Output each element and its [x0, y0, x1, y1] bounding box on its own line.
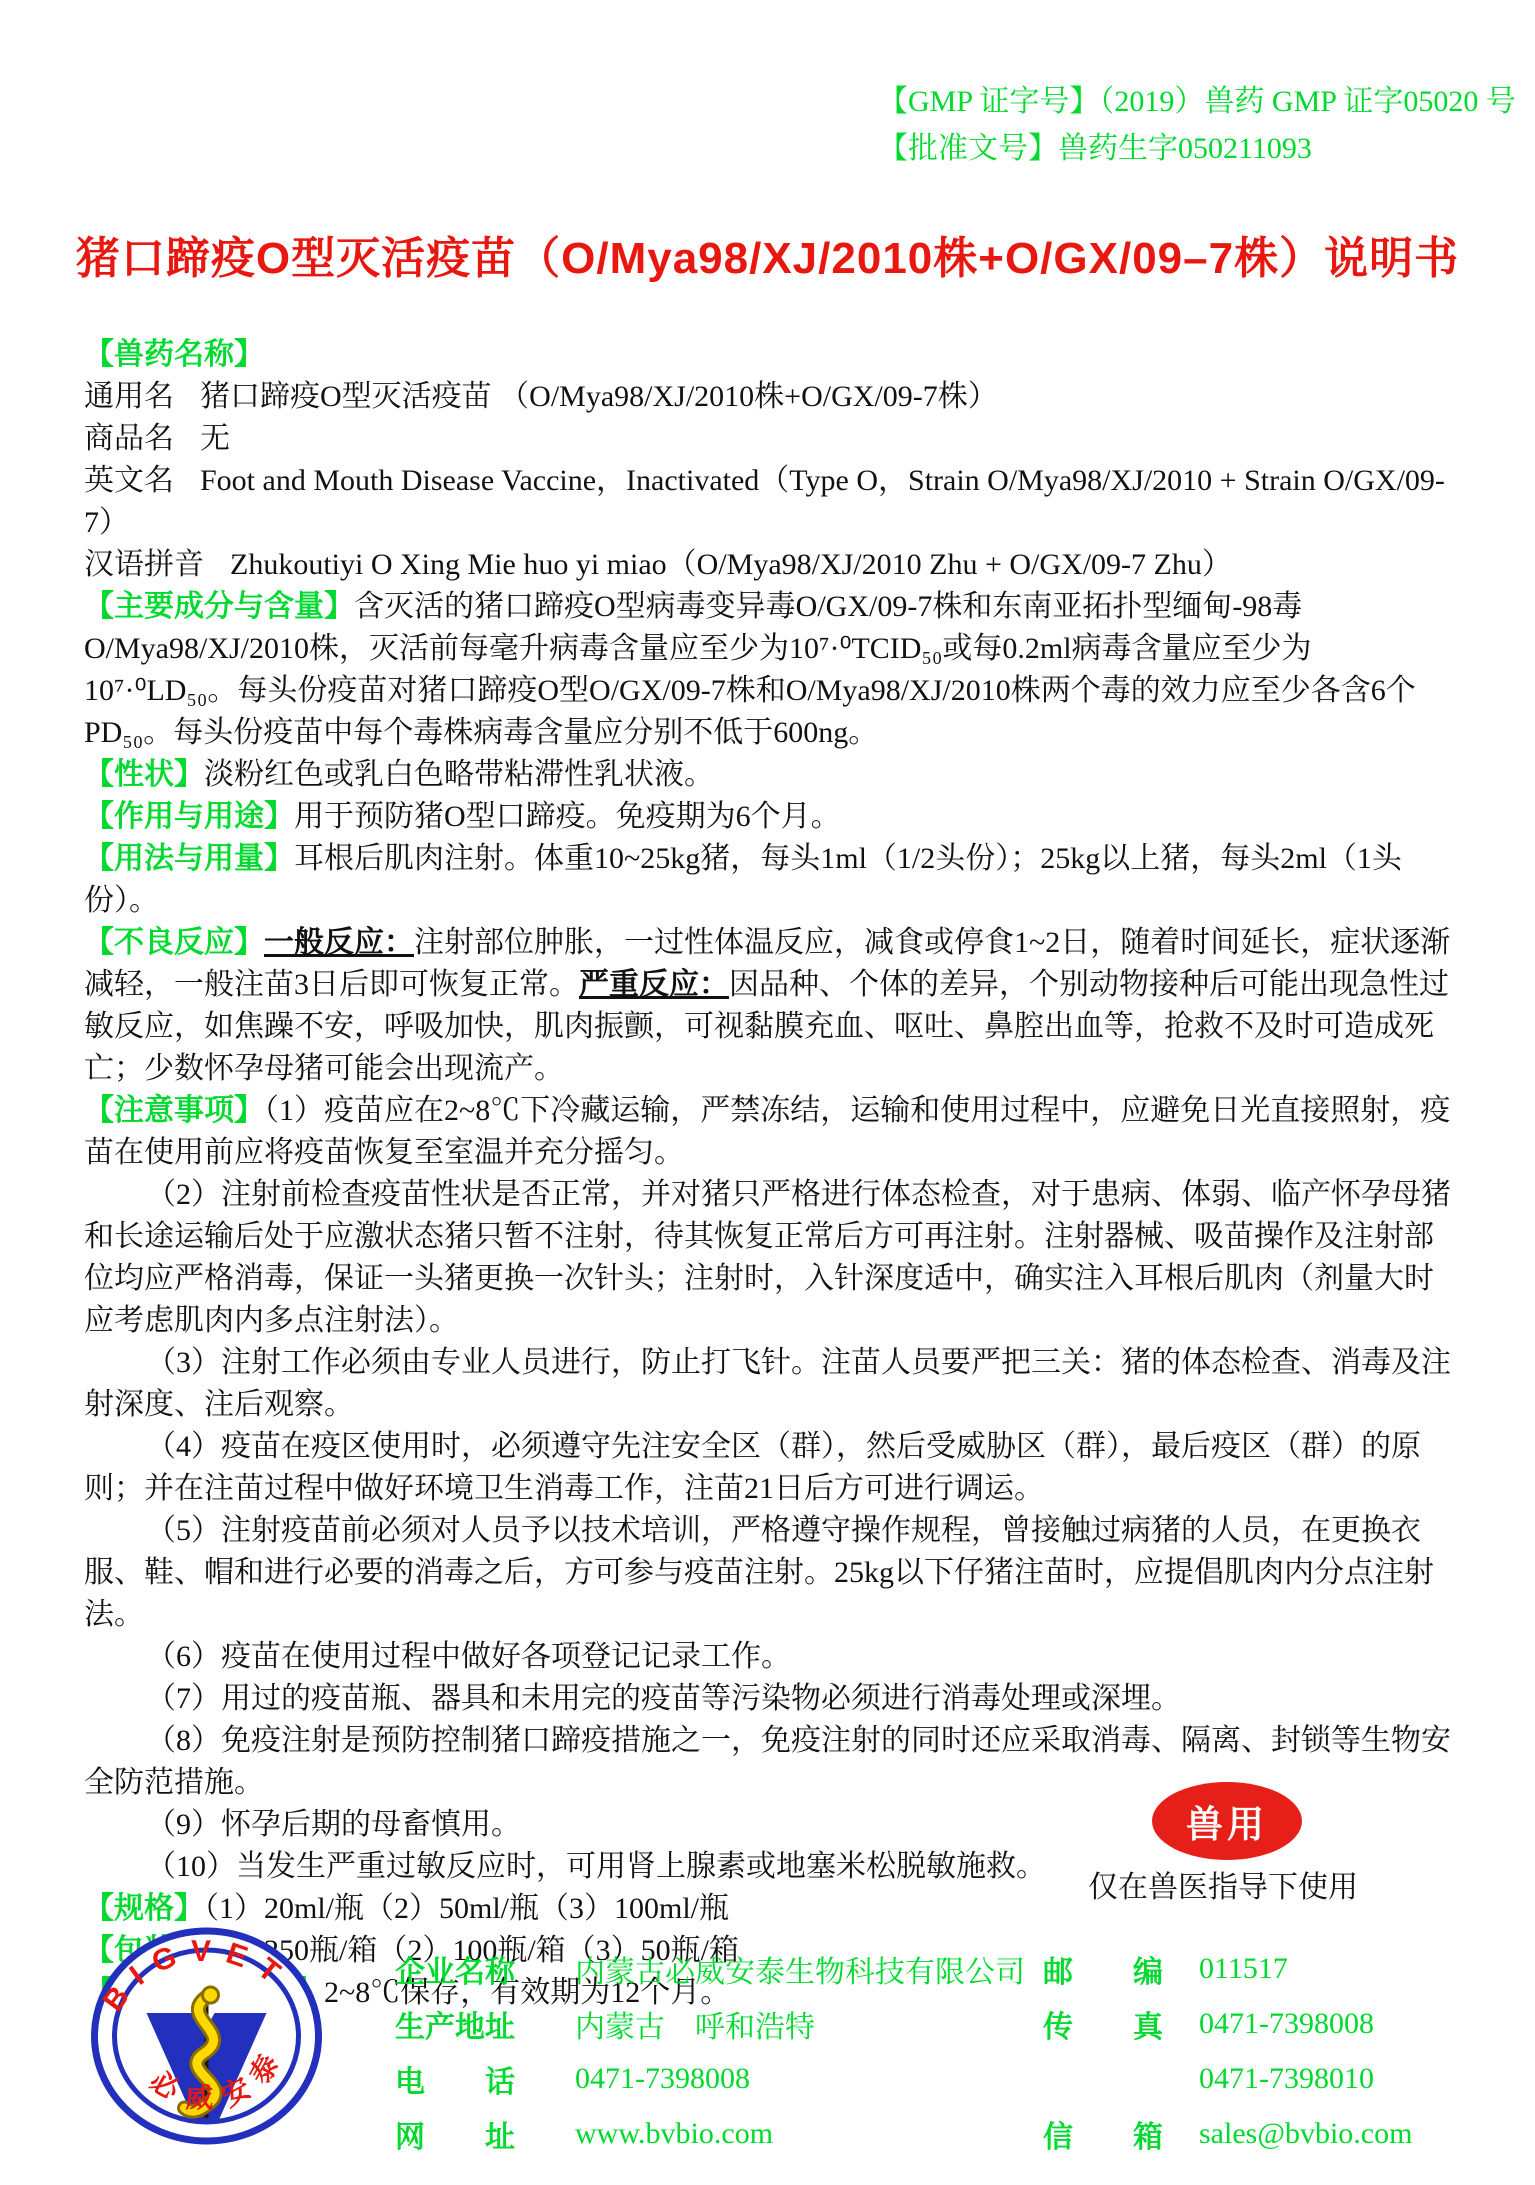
- row-value: Zhukoutiyi O Xing Mie huo yi miao（O/Mya9…: [230, 548, 1232, 581]
- field-label: 传 真: [1043, 2002, 1171, 2046]
- usage-paragraph: 【作用与用途】用于预防猪O型口蹄疫。免疫期为6个月。: [84, 796, 1456, 838]
- field-label: 生产地址: [395, 2002, 547, 2046]
- section-label-composition: 【主要成分与含量】: [84, 590, 354, 623]
- section-drug-name: 【兽药名称】: [84, 334, 1456, 376]
- character-text: 淡粉红色或乳白色略带粘滞性乳状液。: [204, 758, 714, 791]
- precaution-item-6: （6）疫苗在使用过程中做好各项登记记录工作。: [84, 1636, 1456, 1678]
- website-link[interactable]: www.bvbio.com: [575, 2117, 773, 2151]
- fax-row: 传 真0471-7398008: [1043, 1996, 1475, 2051]
- section-label-character: 【性状】: [84, 758, 204, 791]
- email-link[interactable]: sales@bvbio.com: [1199, 2117, 1412, 2151]
- precaution-item-4: （4）疫苗在疫区使用时，必须遵守先注安全区（群），然后受威胁区（群），最后疫区（…: [84, 1426, 1456, 1510]
- email-row: 信 箱sales@bvbio.com: [1043, 2106, 1475, 2161]
- row-value: 无: [200, 422, 230, 455]
- section-label-usage: 【作用与用途】: [84, 800, 294, 833]
- row-value: 猪口蹄疫O型灭活疫苗 （O/Mya98/XJ/2010株+O/GX/09-7株）: [200, 380, 998, 413]
- field-value: 0471-7398010: [1199, 2062, 1374, 2096]
- precaution-item-2: （2）注射前检查疫苗性状是否正常，并对猪只严格进行体态检查，对于患病、体弱、临产…: [84, 1174, 1456, 1342]
- company-info: 企业名称内蒙古必威安泰生物科技有限公司 生产地址内蒙古 呼和浩特 电 话0471…: [395, 1941, 1475, 2161]
- field-value: 内蒙古 呼和浩特: [575, 2002, 815, 2046]
- precaution-item-1: （1）疫苗应在2~8℃下冷藏运输，严禁冻结，运输和使用过程中，应避免日光直接照射…: [84, 1094, 1450, 1169]
- badge-text: 兽用: [1186, 1794, 1268, 1848]
- row-key: 商品名: [84, 422, 174, 455]
- section-label-spec: 【规格】: [84, 1892, 204, 1925]
- footer: BIGVET 必威安泰 企业名称内蒙古必威安泰生物科技有限公司 生产地址内蒙古 …: [84, 1925, 1475, 2161]
- pinyin-name-row: 汉语拼音Zhukoutiyi O Xing Mie huo yi miao（O/…: [84, 544, 1456, 586]
- company-info-right: 邮 编011517 传 真0471-7398008 0471-7398010 信…: [1043, 1941, 1475, 2161]
- page-title: 猪口蹄疫O型灭活疫苗（O/Mya98/XJ/2010株+O/GX/09–7株）说…: [0, 222, 1535, 286]
- row-key: 英文名: [84, 464, 174, 497]
- precaution-item-3: （3）注射工作必须由专业人员进行，防止打飞针。注苗人员要严把三关：猪的体态检查、…: [84, 1342, 1456, 1426]
- gmp-cert-line: 【GMP 证字号】（2019）兽药 GMP 证字05020 号: [878, 78, 1516, 125]
- spec-text: （1）20ml/瓶（2）50ml/瓶（3）100ml/瓶: [204, 1892, 729, 1925]
- row-value: Foot and Mouth Disease Vaccine，Inactivat…: [84, 464, 1445, 539]
- fax-row-2: 0471-7398010: [1043, 2051, 1475, 2106]
- postcode-row: 邮 编011517: [1043, 1941, 1475, 1996]
- company-name-row: 企业名称内蒙古必威安泰生物科技有限公司: [395, 1941, 1043, 1996]
- field-label: 信 箱: [1043, 2112, 1171, 2156]
- field-label: 网 址: [395, 2112, 547, 2156]
- usage-text: 用于预防猪O型口蹄疫。免疫期为6个月。: [294, 800, 841, 833]
- approval-number-line: 【批准文号】兽药生字050211093: [878, 125, 1516, 172]
- leaflet-page: 【GMP 证字号】（2019）兽药 GMP 证字05020 号 【批准文号】兽药…: [0, 0, 1535, 2185]
- veterinary-use-badge: 兽用: [1152, 1782, 1302, 1860]
- severe-reaction-heading: 严重反应：: [579, 968, 729, 1001]
- dosage-paragraph: 【用法与用量】耳根后肌肉注射。体重10~25kg猪，每头1ml（1/2头份）；2…: [84, 838, 1456, 922]
- website-row: 网 址www.bvbio.com: [395, 2106, 1043, 2161]
- precaution-item-7: （7）用过的疫苗瓶、器具和未用完的疫苗等污染物必须进行消毒处理或深埋。: [84, 1678, 1456, 1720]
- field-label: 邮 编: [1043, 1947, 1171, 1991]
- vet-guidance-note: 仅在兽医指导下使用: [1088, 1862, 1358, 1906]
- section-label-precautions: 【注意事项】: [84, 1094, 264, 1127]
- section-label-adverse: 【不良反应】: [84, 926, 264, 959]
- general-reaction-heading: 一般反应：: [264, 926, 414, 959]
- row-key: 汉语拼音: [84, 548, 204, 581]
- field-label: 电 话: [395, 2057, 547, 2101]
- composition-paragraph: 【主要成分与含量】含灭活的猪口蹄疫O型病毒变异毒O/GX/09-7株和东南亚拓扑…: [84, 586, 1456, 754]
- field-value: 011517: [1199, 1952, 1288, 1986]
- field-value: 0471-7398008: [575, 2062, 750, 2096]
- section-label-dosage: 【用法与用量】: [84, 842, 294, 875]
- adverse-reaction-paragraph: 【不良反应】一般反应：注射部位肿胀，一过性体温反应，减食或停食1~2日，随着时间…: [84, 922, 1456, 1090]
- company-info-left: 企业名称内蒙古必威安泰生物科技有限公司 生产地址内蒙古 呼和浩特 电 话0471…: [395, 1941, 1043, 2161]
- character-paragraph: 【性状】淡粉红色或乳白色略带粘滞性乳状液。: [84, 754, 1456, 796]
- row-key: 通用名: [84, 380, 174, 413]
- logo-snake-head: [203, 1987, 219, 2003]
- field-value: 0471-7398008: [1199, 2007, 1374, 2041]
- phone-row: 电 话0471-7398008: [395, 2051, 1043, 2106]
- field-label: 企业名称: [395, 1947, 547, 1991]
- bigvet-logo: BIGVET 必威安泰: [84, 1925, 329, 2147]
- field-value: 内蒙古必威安泰生物科技有限公司: [575, 1947, 1025, 1991]
- leaflet-body: 【兽药名称】 通用名猪口蹄疫O型灭活疫苗 （O/Mya98/XJ/2010株+O…: [84, 334, 1456, 2014]
- precaution-item-5: （5）注射疫苗前必须对人员予以技术培训，严格遵守操作规程，曾接触过病猪的人员，在…: [84, 1510, 1456, 1636]
- generic-name-row: 通用名猪口蹄疫O型灭活疫苗 （O/Mya98/XJ/2010株+O/GX/09-…: [84, 376, 1456, 418]
- precautions-paragraph-1: 【注意事项】（1）疫苗应在2~8℃下冷藏运输，严禁冻结，运输和使用过程中，应避免…: [84, 1090, 1456, 1174]
- english-name-row: 英文名Foot and Mouth Disease Vaccine，Inacti…: [84, 460, 1456, 544]
- trade-name-row: 商品名无: [84, 418, 1456, 460]
- certificate-block: 【GMP 证字号】（2019）兽药 GMP 证字05020 号 【批准文号】兽药…: [878, 78, 1516, 172]
- section-label-drug-name: 【兽药名称】: [84, 338, 264, 371]
- production-address-row: 生产地址内蒙古 呼和浩特: [395, 1996, 1043, 2051]
